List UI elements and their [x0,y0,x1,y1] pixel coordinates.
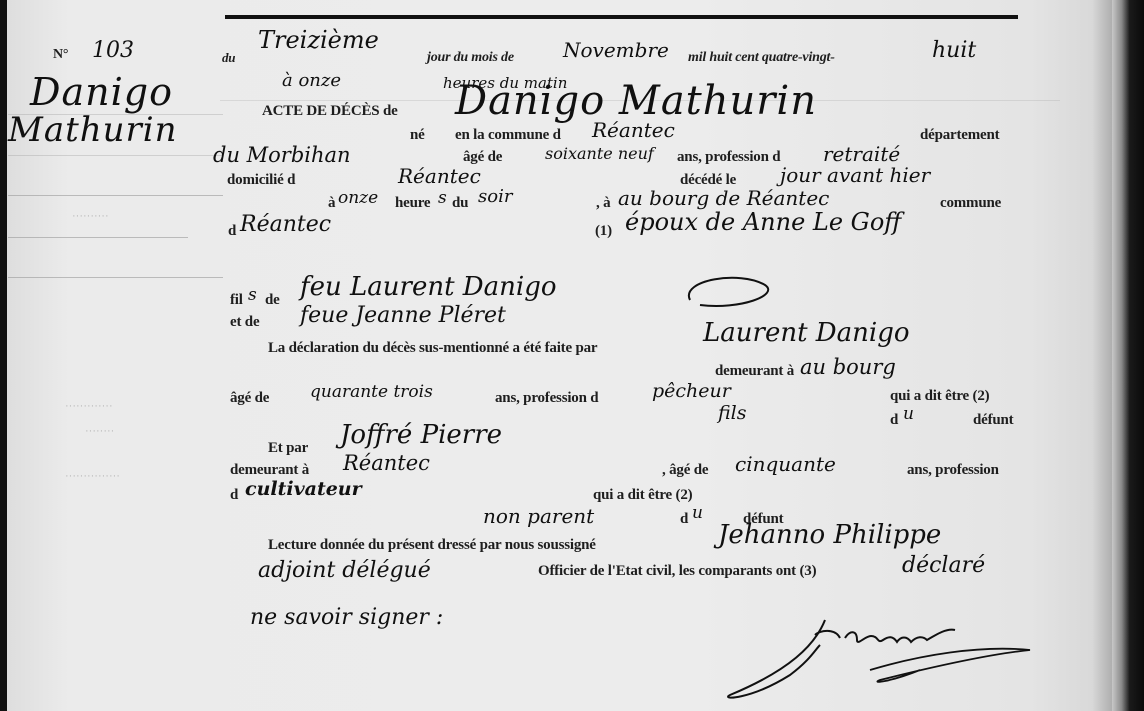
death-place: au bourg de Réantec [618,186,829,210]
death-hour: onze [338,188,378,208]
ghost-text: ··············· [65,470,120,482]
ghost-text: ········ [85,425,114,437]
officer-title: adjoint délégué [258,558,431,583]
act-number: 103 [92,38,134,63]
margin-surname: Danigo [30,70,173,114]
label-du2: du [452,195,468,212]
label-d-prof: d [230,487,238,504]
label-d-defunt: d [890,412,898,429]
margin-rule [8,237,188,238]
death-record-year: huit [932,38,976,63]
mother-name: feue Jeanne Pléret [300,303,506,328]
label-fils: fil [230,292,243,309]
birth-commune: Réantec [592,118,675,142]
left-binding-edge [0,0,7,711]
label-declaration: La déclaration du décès sus-mentionné a … [268,340,597,357]
label-officier: Officier de l'Etat civil, les comparants… [538,563,816,580]
declarant2-profession: cultivateur [245,478,362,500]
declarant1-relation-article: u [903,404,914,424]
label-et-par: Et par [268,440,308,457]
ghost-text: ·········· [72,210,109,222]
label-mil-huit-cent: mil huit cent quatre-vingt- [688,50,835,66]
death-hour-plural: s [438,188,447,208]
declarant1-residence: au bourg [800,355,896,379]
declarant2-relation-article: u [692,503,703,523]
label-d: d [228,223,236,240]
deceased-age: soixante neuf [545,144,654,163]
label-ans-profession2: ans, profession d [495,390,598,407]
label-jour-du-mois: jour du mois de [427,50,514,66]
father-name: feu Laurent Danigo [300,272,557,302]
label-ans-profession: ans, profession d [677,149,780,166]
label-demeurant-a2: demeurant à [230,462,309,479]
label-a: à [328,195,335,212]
margin-rule [8,277,223,278]
declarant2-age: cinquante [735,452,836,476]
declarant2-name: Joffré Pierre [340,420,502,450]
record-hour: à onze [282,70,341,91]
declarant2-residence: Réantec [343,451,430,475]
officer-signature [720,600,1050,705]
label-qui-a-dit-etre2: qui a dit être (2) [593,487,692,504]
label-et-de: et de [230,314,259,331]
cannot-sign-note: ne savoir signer : [250,605,443,630]
death-record-month: Novembre [563,38,669,62]
label-note1: (1) [595,223,612,240]
margin-rule [8,155,223,156]
label-comma-a: , à [596,195,610,212]
officer-name: Jehanno Philippe [718,520,941,550]
birth-department: du Morbihan [213,143,351,167]
signature-icon [720,600,1050,705]
declared: déclaré [902,553,985,578]
death-commune: Réantec [240,212,331,237]
document-page: N° 103 Danigo Mathurin du Treizième jour… [0,0,1144,711]
label-domicilie: domicilié d [227,172,295,189]
label-du: du [222,50,235,66]
deceased-domicile: Réantec [398,164,481,188]
label-commune: commune [940,195,1001,212]
label-ne: né [410,127,425,144]
top-rule [225,15,1018,19]
declarant2-relation: non parent [483,504,594,528]
fils-suffix: s [248,285,257,305]
label-defunt: défunt [973,412,1013,429]
label-heure: heure [395,195,430,212]
label-de: de [265,292,280,309]
death-date: jour avant hier [780,163,930,187]
declarant1-age: quarante trois [310,382,433,402]
label-qui-a-dit-etre: qui a dit être (2) [890,388,989,405]
label-d-defunt2: d [680,511,688,528]
label-departement: département [920,127,999,144]
death-record-day: Treizième [258,26,379,54]
label-ans-profession3: ans, profession [907,462,999,479]
declarant1-relation: fils [718,402,747,424]
label-demeurant-a: demeurant à [715,363,794,380]
label-lecture: Lecture donnée du présent dressé par nou… [268,537,596,554]
page-shadow [1092,0,1112,711]
label-acte-de-deces: ACTE DE DÉCÈS de [262,103,398,120]
ink-flourish [680,270,780,330]
label-age-de3: , âgé de [662,462,708,479]
right-binding-edge [1112,0,1144,711]
margin-given-name: Mathurin [8,110,178,150]
ghost-text: ············· [65,400,113,412]
label-age-de2: âgé de [230,390,269,407]
act-number-label: N° [53,47,68,63]
death-time-of-day: soir [478,186,512,207]
margin-rule [8,195,223,196]
declarant1-profession: pêcheur [652,380,731,402]
label-en-la-commune: en la commune d [455,127,561,144]
spouse: époux de Anne Le Goff [625,208,901,236]
